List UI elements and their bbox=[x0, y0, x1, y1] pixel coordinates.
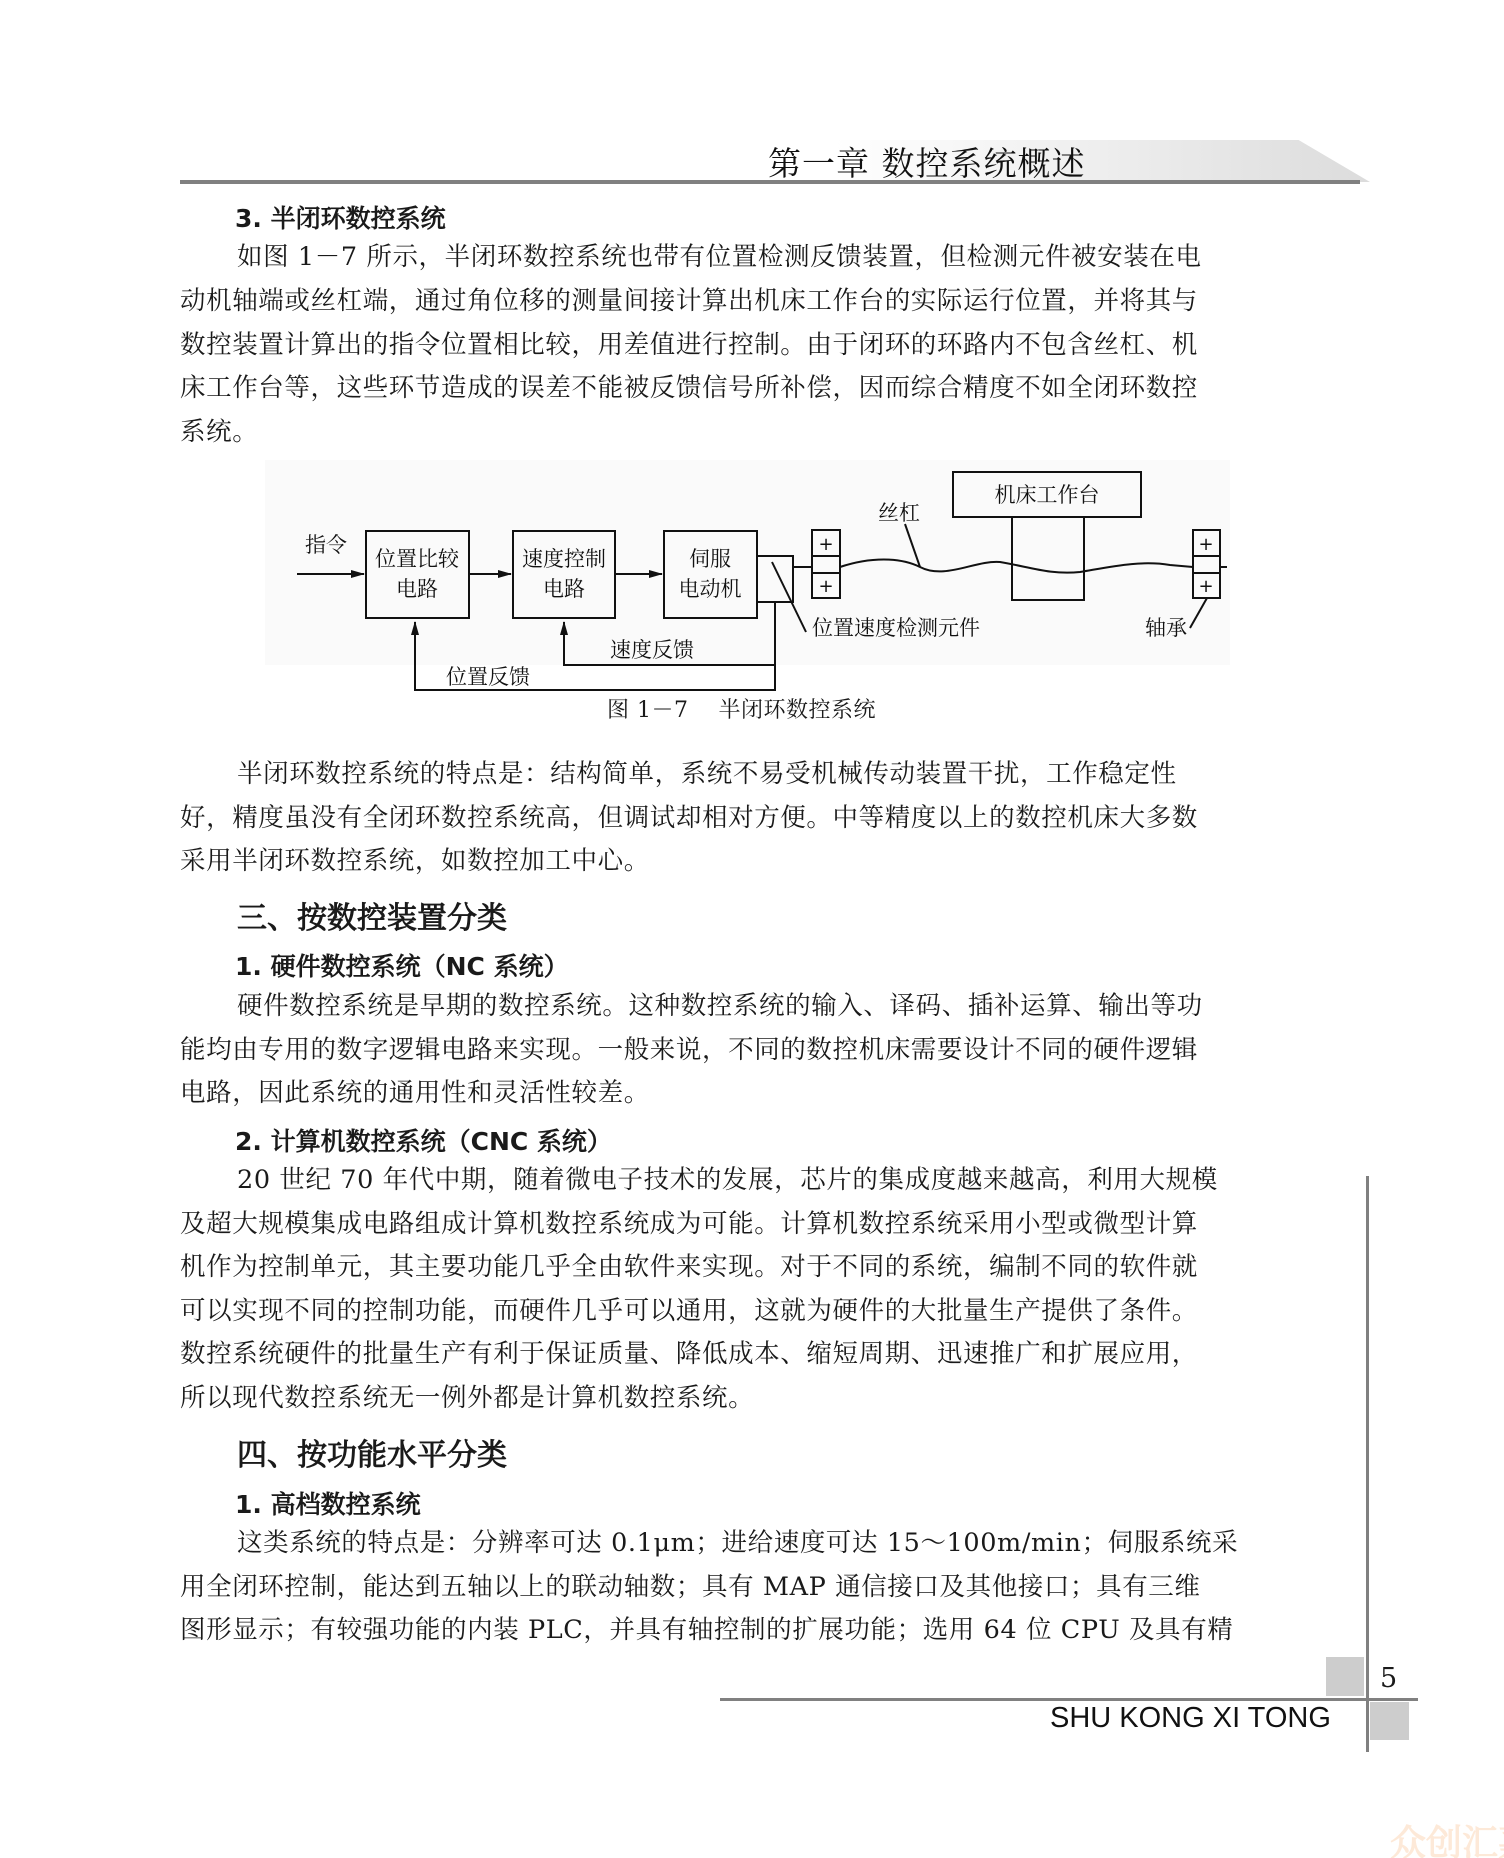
label-box2-l2: 电路 bbox=[543, 577, 585, 601]
label-detector: 位置速度检测元件 bbox=[812, 616, 980, 640]
bearing-plus-icon: + bbox=[1198, 576, 1213, 597]
paragraph-line: 20 世纪 70 年代中期，随着微电子技术的发展，芯片的集成度越来越高，利用大规… bbox=[237, 1159, 1218, 1203]
section-heading-device: 三、按数控装置分类 bbox=[237, 893, 507, 937]
label-command: 指令 bbox=[305, 533, 347, 557]
footer-decor-box bbox=[1370, 1702, 1409, 1740]
box-position-compare bbox=[366, 531, 469, 618]
label-lead-screw: 丝杠 bbox=[878, 501, 920, 525]
paragraph-line: 数控系统硬件的批量生产有利于保证质量、降低成本、缩短周期、迅速推广和扩展应用， bbox=[180, 1333, 1198, 1377]
paragraph-line: 这类系统的特点是：分辨率可达 0.1μm；进给速度可达 15～100m/min；… bbox=[237, 1522, 1238, 1566]
margin-rule bbox=[1366, 1176, 1369, 1752]
paragraph-line: 及超大规模集成电路组成计算机数控系统成为可能。计算机数控系统采用小型或微型计算 bbox=[180, 1203, 1198, 1247]
subsection-heading-cnc: 2. 计算机数控系统（CNC 系统） bbox=[235, 1122, 612, 1158]
paragraph-line: 机作为控制单元，其主要功能几乎全由软件来实现。对于不同的系统，编制不同的软件就 bbox=[180, 1246, 1198, 1290]
bearing-plus-icon: + bbox=[1198, 534, 1213, 555]
paragraph-line: 采用半闭环数控系统，如数控加工中心。 bbox=[180, 840, 650, 884]
label-box1-l1: 位置比较 bbox=[375, 547, 460, 571]
label-bearing: 轴承 bbox=[1145, 616, 1187, 640]
figure-caption: 图 1－7 半闭环数控系统 bbox=[607, 693, 876, 724]
paragraph-line: 好，精度虽没有全闭环数控系统高，但调试却相对方便。中等精度以上的数控机床大多数 bbox=[180, 797, 1198, 841]
footer-rule bbox=[720, 1698, 1418, 1701]
paragraph-line: 硬件数控系统是早期的数控系统。这种数控系统的输入、译码、插补运算、输出等功 bbox=[237, 985, 1203, 1029]
label-box2-l1: 速度控制 bbox=[522, 547, 606, 571]
worktable-nut-block bbox=[1012, 517, 1084, 600]
paragraph-line: 图形显示；有较强功能的内装 PLC，并具有轴控制的扩展功能；选用 64 位 CP… bbox=[180, 1609, 1233, 1653]
label-position-feedback: 位置反馈 bbox=[446, 665, 530, 689]
paragraph-line: 电路，因此系统的通用性和灵活性较差。 bbox=[180, 1072, 650, 1116]
subsection-heading-high-end: 1. 高档数控系统 bbox=[235, 1485, 421, 1521]
semi-closed-loop-diagram: 指令 位置比较 电路 速度控制 电路 伺服 电动机 机床工作台 丝杠 速度反馈 … bbox=[0, 0, 1504, 720]
footer-decor-box bbox=[1326, 1657, 1364, 1696]
paragraph-line: 所以现代数控系统无一例外都是计算机数控系统。 bbox=[180, 1377, 754, 1421]
paragraph-line: 用全闭环控制，能达到五轴以上的联动轴数；具有 MAP 通信接口及其他接口；具有三… bbox=[180, 1566, 1201, 1610]
label-box3-l2: 电动机 bbox=[679, 577, 742, 601]
bearing-plus-icon: + bbox=[818, 534, 833, 555]
page-number: 5 bbox=[1380, 1663, 1397, 1694]
subsection-heading-nc: 1. 硬件数控系统（NC 系统） bbox=[235, 947, 569, 983]
paragraph-line: 半闭环数控系统的特点是：结构简单，系统不易受机械传动装置干扰，工作稳定性 bbox=[237, 753, 1177, 797]
paragraph-line: 能均由专用的数字逻辑电路来实现。一般来说，不同的数控机床需要设计不同的硬件逻辑 bbox=[180, 1029, 1198, 1073]
box-speed-control bbox=[513, 531, 615, 618]
bearing-plus-icon: + bbox=[818, 576, 833, 597]
label-speed-feedback: 速度反馈 bbox=[610, 638, 694, 662]
label-box1-l2: 电路 bbox=[396, 577, 438, 601]
watermark: 众创汇嘉 bbox=[1390, 1815, 1504, 1858]
label-worktable: 机床工作台 bbox=[995, 483, 1100, 507]
label-box3-l1: 伺服 bbox=[689, 547, 731, 571]
book-title: SHU KONG XI TONG bbox=[1050, 1702, 1331, 1735]
paragraph-line: 可以实现不同的控制功能，而硬件几乎可以通用，这就为硬件的大批量生产提供了条件。 bbox=[180, 1290, 1198, 1334]
box-servo-motor bbox=[664, 531, 757, 618]
section-heading-function: 四、按功能水平分类 bbox=[237, 1430, 507, 1474]
